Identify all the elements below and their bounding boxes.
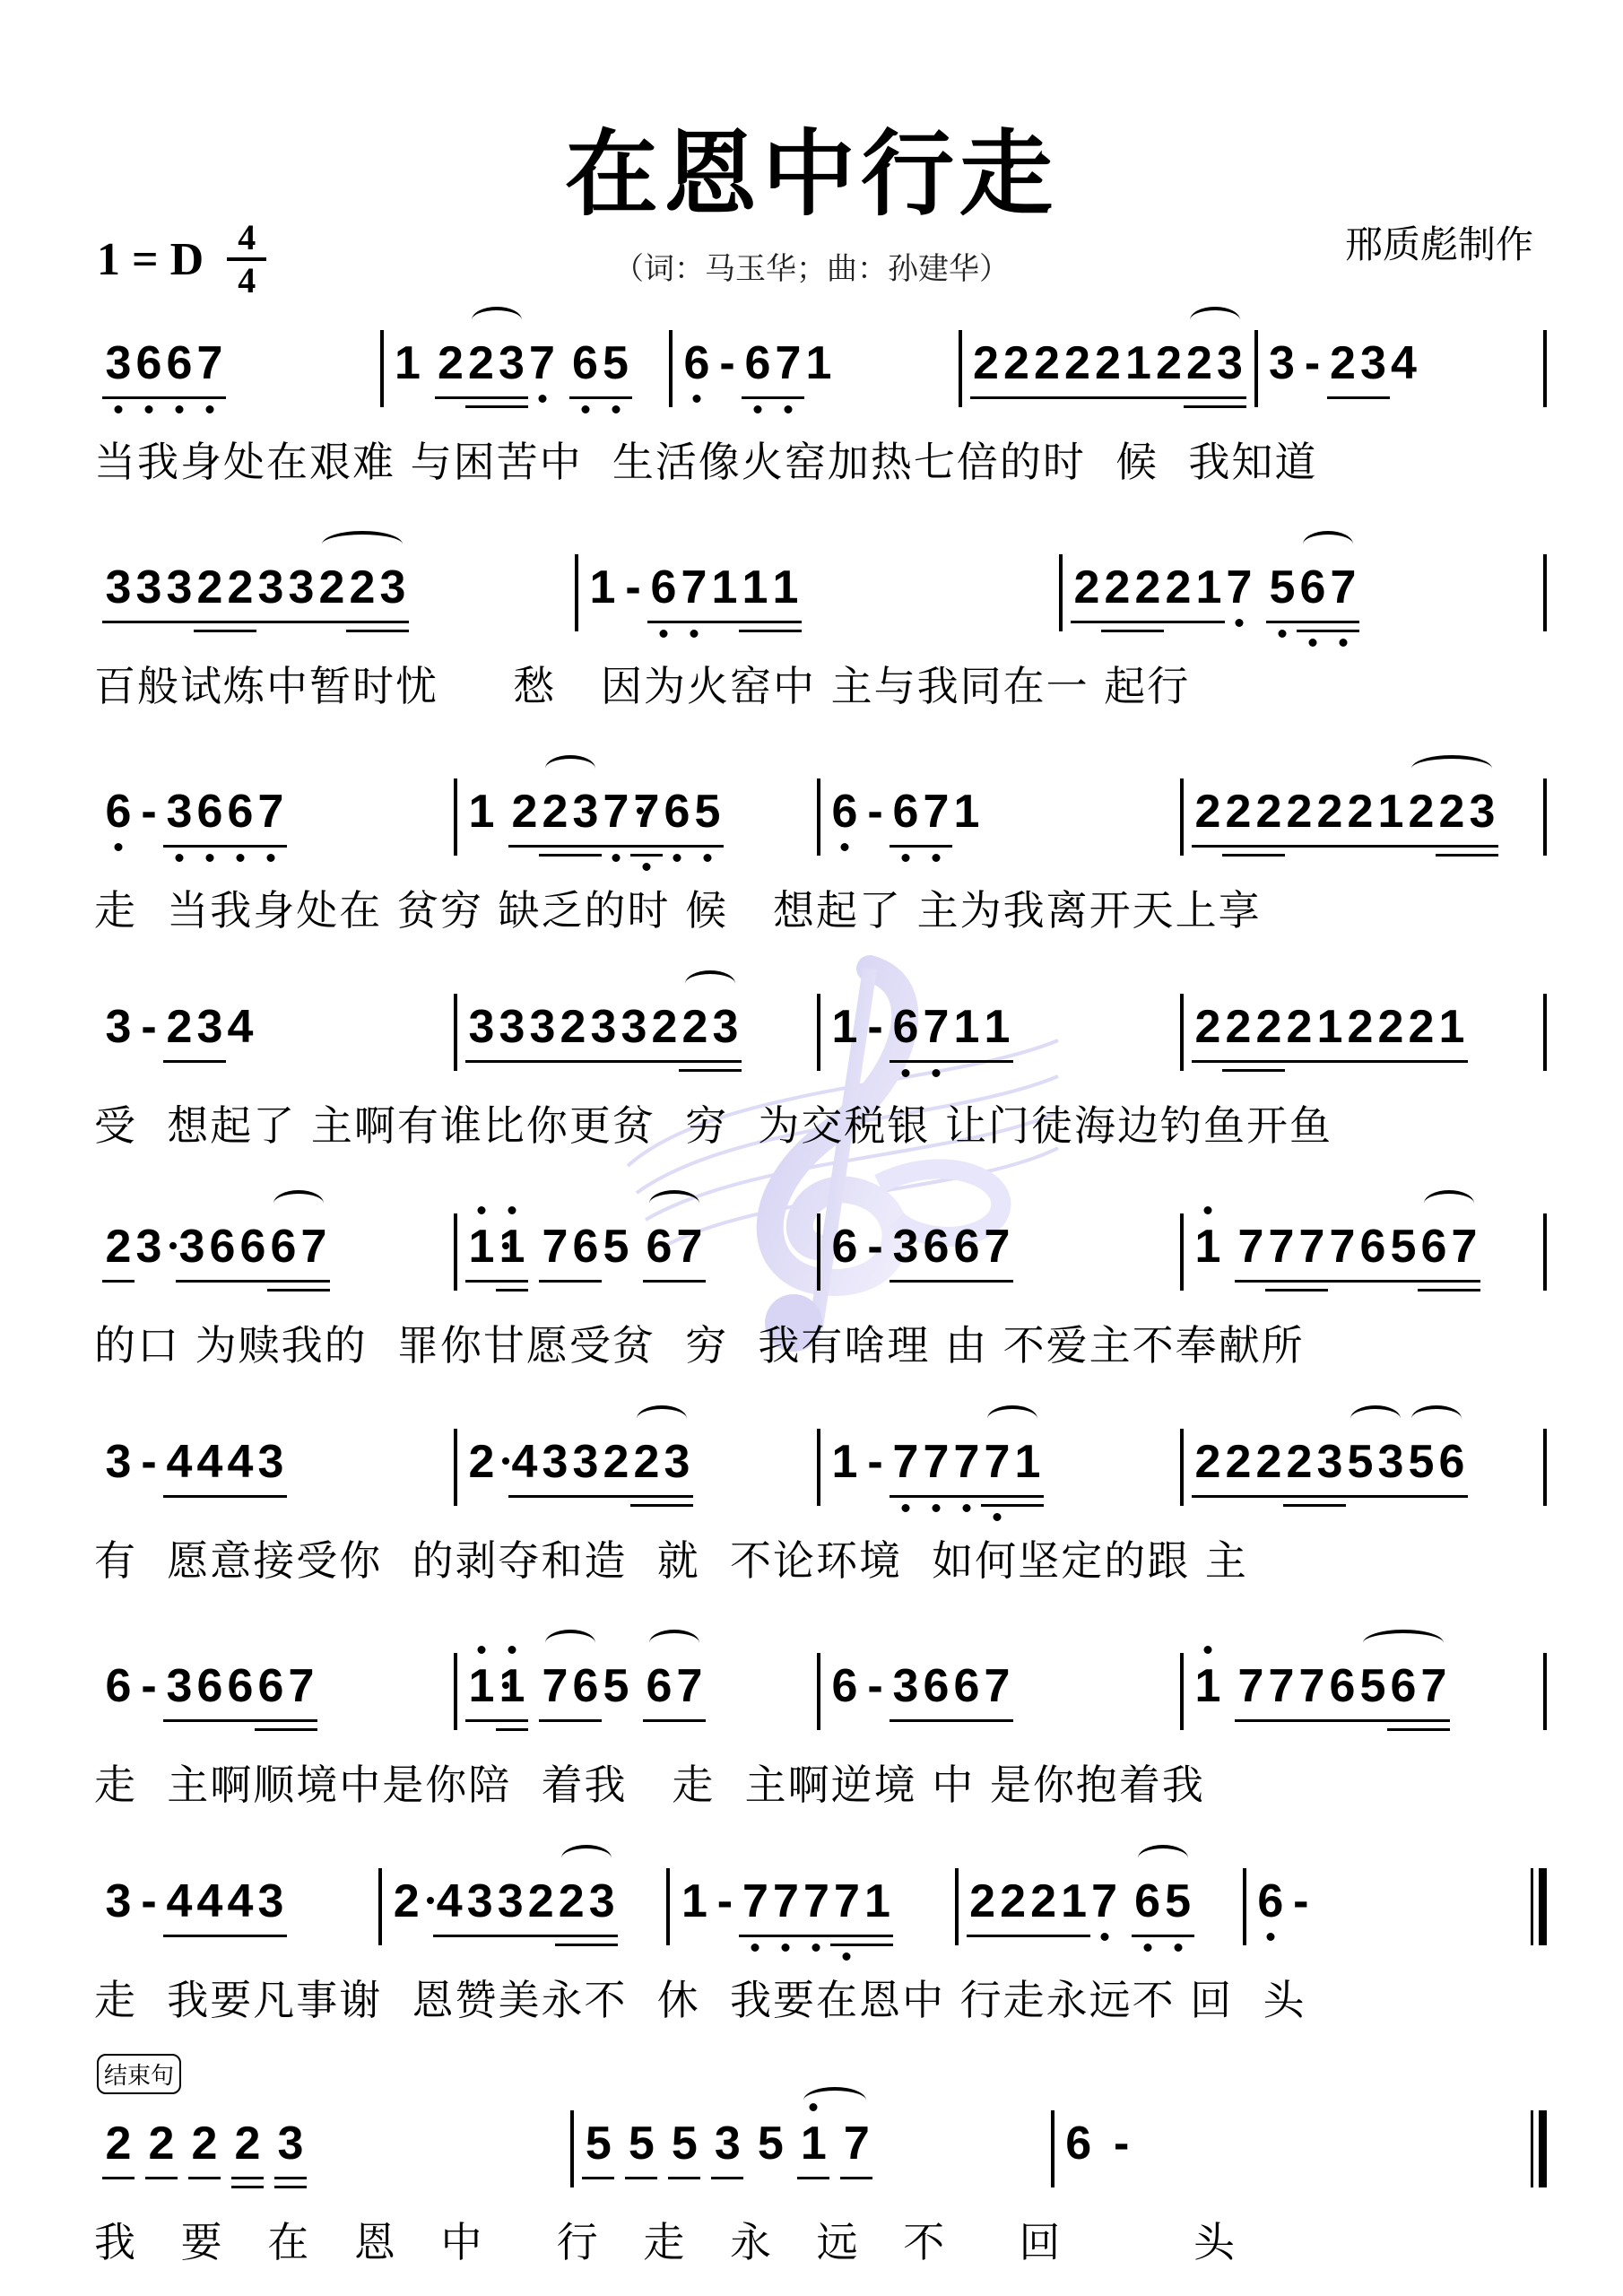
lyrics-line: 的口 为赎我的 罪你甘愿受贫 穷 我有啥理 由 不爱主不奉献所 <box>94 1314 1547 1377</box>
note: 7 <box>1297 1658 1327 1714</box>
note: 2 <box>1254 784 1284 839</box>
note: 2 <box>1193 1434 1223 1490</box>
note: 3 <box>1358 335 1389 391</box>
note: 1 <box>1193 1219 1223 1274</box>
note: 6 <box>648 560 679 615</box>
note: 7 <box>831 1874 862 1929</box>
measure: 6-671 <box>820 771 1180 870</box>
notes-line: 3-2343332332231-6711222212221 <box>94 987 1547 1085</box>
note: 2 <box>391 1874 421 1929</box>
note: 2 <box>509 784 540 839</box>
note: 3 <box>275 2116 306 2171</box>
note: 7 <box>770 1874 801 1929</box>
dash-extension: - <box>860 784 890 839</box>
notes-line: 33322332231-67111222217567 <box>94 547 1547 646</box>
note: 1 <box>497 1658 527 1714</box>
measure: 177776567 <box>1184 1206 1543 1305</box>
lyrics-line: 当我身处在艰难 与困苦中 生活像火窑加热七倍的时 候 我知道 <box>94 430 1547 493</box>
dash-extension: - <box>1286 1874 1316 1929</box>
note: 6 <box>951 1219 982 1274</box>
note: 6 <box>195 1658 225 1714</box>
note: 2 <box>466 1434 497 1490</box>
note: 6 <box>164 335 195 391</box>
note: 6 <box>225 784 256 839</box>
note: 6 <box>829 784 860 839</box>
slur-mark <box>322 531 403 558</box>
note: 3 <box>134 1219 164 1274</box>
dash-extension: - <box>618 560 648 615</box>
dash-extension: - <box>134 784 164 839</box>
slur-mark <box>987 1405 1037 1432</box>
note: 3 <box>464 1874 495 1929</box>
measure: 222217567 <box>1063 547 1543 646</box>
note: 1 <box>1059 1874 1089 1929</box>
note: 7 <box>679 560 709 615</box>
notes-line: 6-3666711765676-366717776567 <box>94 1646 1547 1744</box>
dash-extension: - <box>134 1434 164 1490</box>
note: 6 <box>1419 1219 1449 1274</box>
note: 1 <box>466 784 497 839</box>
measure: 5553517 <box>574 2103 1050 2202</box>
dash-extension: - <box>709 1874 740 1929</box>
lyrics-line: 百般试炼中暂时忧 愁 因为火窑中 主与我同在一 起行 <box>94 655 1547 717</box>
maker-credit: 邢质彪制作 <box>1345 215 1533 269</box>
note: 2 <box>1193 784 1223 839</box>
slur-mark <box>1411 1405 1462 1432</box>
note: 6 <box>1298 560 1328 615</box>
note: 2 <box>1154 335 1185 391</box>
note: 3 <box>662 1434 692 1490</box>
note: 3 <box>497 999 527 1055</box>
note: 4 <box>195 1874 225 1929</box>
note: 4 <box>225 1874 256 1929</box>
note: 2 <box>1406 784 1436 839</box>
note: 6 <box>890 999 921 1055</box>
score-row: 366712237656-6712222212233-234当我身处在艰难 与困… <box>94 323 1547 493</box>
note: 2 <box>1102 560 1133 615</box>
slur-mark <box>472 307 522 334</box>
slur-mark <box>545 755 595 782</box>
note: 5 <box>1267 560 1298 615</box>
note: 6 <box>225 1658 256 1714</box>
lyrics-line: 有 愿意接受你 的剥夺和造 就 不论环境 如何坚定的跟 主 <box>94 1529 1547 1592</box>
note: 2 <box>1028 1874 1059 1929</box>
barline <box>1543 1653 1547 1730</box>
measure: 6-671 <box>673 323 959 422</box>
score-row: 2222355535176-我 要 在 恩 中 行 走 永 远 不 回 头 <box>94 2103 1547 2274</box>
note: 5 <box>601 335 631 391</box>
note: 2 <box>189 2116 220 2171</box>
note: 4 <box>195 1434 225 1490</box>
note: 5 <box>1345 1434 1376 1490</box>
score-row: 6-3666711765676-366717776567走 主啊顺境中是你陪 着… <box>94 1646 1547 1816</box>
measure: 3-234 <box>94 987 454 1085</box>
note: 3 <box>1315 1434 1345 1490</box>
measure: 6-36667 <box>94 1646 454 1744</box>
measure: 6-3667 <box>820 1646 1180 1744</box>
note: 2 <box>1223 1434 1254 1490</box>
note: 7 <box>773 335 803 391</box>
dash-extension: - <box>1298 335 1328 391</box>
note: 6 <box>1388 1658 1419 1714</box>
note: 5 <box>1163 1874 1193 1929</box>
note: 1 <box>740 560 770 615</box>
note: 1 <box>770 560 801 615</box>
note: 2 <box>1315 784 1345 839</box>
note: 1 <box>862 1874 892 1929</box>
measure: 222212221 <box>1184 987 1543 1085</box>
note: 2 <box>466 335 497 391</box>
note: 2 <box>1193 999 1223 1055</box>
note: 7 <box>982 1434 1012 1490</box>
dash-extension: - <box>860 999 890 1055</box>
note: 7 <box>299 1219 329 1274</box>
measure: 1-6711 <box>820 987 1180 1085</box>
note: 2 <box>1284 784 1315 839</box>
note: 1 <box>798 2116 829 2171</box>
note: 6 <box>951 1658 982 1714</box>
note: 2 <box>1223 784 1254 839</box>
note: 7 <box>631 784 662 839</box>
note: 7 <box>1297 1219 1327 1274</box>
note: 7 <box>982 1219 1012 1274</box>
ending-phrase-tag: 结束句 <box>97 2054 181 2094</box>
dash-extension: - <box>860 1219 890 1274</box>
note: 3 <box>466 999 497 1055</box>
note: 6 <box>681 335 712 391</box>
note: 2 <box>232 2116 263 2171</box>
slur-mark <box>1138 1845 1188 1872</box>
note: 2 <box>195 560 225 615</box>
note: 4 <box>434 1874 464 1929</box>
barline <box>1543 778 1547 856</box>
note: 7 <box>1224 560 1254 615</box>
note: 7 <box>527 335 558 391</box>
note: 2 <box>1133 560 1163 615</box>
note: 4 <box>164 1434 195 1490</box>
note: 7 <box>801 1874 831 1929</box>
measure: 12237765 <box>457 771 817 870</box>
note: 2 <box>317 560 347 615</box>
barline <box>1543 330 1547 407</box>
note: 7 <box>540 1658 570 1714</box>
dash-extension: - <box>712 335 742 391</box>
note: 7 <box>195 335 225 391</box>
note: 6 <box>644 1219 674 1274</box>
dash-extension: - <box>860 1434 890 1490</box>
note: 5 <box>601 1219 631 1274</box>
note: 2 <box>540 784 570 839</box>
note: 2 <box>1163 560 1193 615</box>
note: 3 <box>256 1434 286 1490</box>
slur-mark <box>545 1630 595 1657</box>
note: 7 <box>674 1219 705 1274</box>
notes-line: 366712237656-6712222212233-234 <box>94 323 1547 422</box>
note: 3 <box>586 1874 617 1929</box>
note: 6 <box>644 1658 674 1714</box>
note: 1 <box>587 560 618 615</box>
note: 1 <box>709 560 740 615</box>
note: 6 <box>570 1219 601 1274</box>
note: 2 <box>968 1874 998 1929</box>
note: 5 <box>669 2116 699 2171</box>
note: 1 <box>1376 784 1406 839</box>
barline <box>1543 1429 1547 1506</box>
measure: 3332233223 <box>94 547 575 646</box>
note: 6 <box>1358 1219 1388 1274</box>
note: 6 <box>829 1658 860 1714</box>
note: 6 <box>134 335 164 391</box>
note: 1 <box>1193 560 1224 615</box>
dash-extension: - <box>134 1658 164 1714</box>
score-row: 6-3667122377656-6712222221223走 当我身处在 贫穷 … <box>94 771 1547 942</box>
note: 6 <box>570 335 601 391</box>
note: 1 <box>1315 999 1345 1055</box>
note: 2 <box>1032 335 1063 391</box>
note: 3 <box>103 560 134 615</box>
note: 6 <box>1327 1658 1358 1714</box>
measure: 6-3667 <box>820 1206 1180 1305</box>
note: 6 <box>268 1219 299 1274</box>
note: 2 <box>164 999 195 1055</box>
note: 1 <box>393 335 423 391</box>
note: 4 <box>1389 335 1419 391</box>
note: 3 <box>1376 1434 1406 1490</box>
note: 1 <box>1012 1434 1043 1490</box>
note: 2 <box>347 560 378 615</box>
note: 7 <box>841 2116 872 2171</box>
measure: 6- <box>1246 1861 1531 1960</box>
notes-line: 3-444324332231-77771222235356 <box>94 1422 1547 1520</box>
note: 2 <box>1254 999 1284 1055</box>
note: 7 <box>674 1658 705 1714</box>
note: 2 <box>146 2116 177 2171</box>
note: 2 <box>103 2116 134 2171</box>
slur-mark <box>637 1405 687 1432</box>
note: 2 <box>556 1874 586 1929</box>
measure: 2433223 <box>382 1861 666 1960</box>
slur-mark <box>649 1190 699 1217</box>
slur-mark <box>1190 307 1240 334</box>
note: 2 <box>1284 999 1315 1055</box>
note: 3 <box>570 1434 601 1490</box>
note: 3 <box>619 999 649 1055</box>
note: 7 <box>1449 1219 1480 1274</box>
final-barline <box>1531 1868 1547 1945</box>
measure: 6- <box>1055 2103 1531 2202</box>
note: 6 <box>1133 1874 1163 1929</box>
note: 5 <box>601 1658 631 1714</box>
note: 1 <box>803 335 834 391</box>
note: 2 <box>1436 784 1467 839</box>
notes-line: 2222355535176- <box>94 2103 1547 2202</box>
note: 2 <box>998 1874 1028 1929</box>
note: 6 <box>570 1658 601 1714</box>
note: 3 <box>134 560 164 615</box>
note: 3 <box>164 560 195 615</box>
slur-mark <box>803 2087 866 2114</box>
note: 5 <box>692 784 723 839</box>
slur-mark <box>1411 755 1492 782</box>
score-row: 3-2343332332231-6711222212221受 想起了 主啊有谁比… <box>94 987 1547 1157</box>
note: 7 <box>921 784 951 839</box>
note: 6 <box>256 1658 286 1714</box>
note: 3 <box>177 1219 207 1274</box>
note: 2 <box>436 335 466 391</box>
note: 1 <box>466 1658 497 1714</box>
note: 3 <box>495 1874 525 1929</box>
measure: 1-67111 <box>578 547 1059 646</box>
note: 4 <box>225 999 256 1055</box>
note: 3 <box>570 784 601 839</box>
note: 3 <box>710 999 741 1055</box>
note: 3 <box>164 1658 195 1714</box>
measure: 1223765 <box>384 323 670 422</box>
note: 7 <box>286 1658 317 1714</box>
note: 7 <box>1328 560 1358 615</box>
note: 3 <box>195 999 225 1055</box>
slur-mark <box>561 1845 612 1872</box>
note: 5 <box>626 2116 656 2171</box>
lyrics-line: 走 我要凡事谢 恩赞美永不 休 我要在恩中 行走永远不 回 头 <box>94 1969 1547 2031</box>
measure: 1176567 <box>457 1206 817 1305</box>
note: 6 <box>103 784 134 839</box>
measure: 22223 <box>94 2103 570 2202</box>
note: 3 <box>890 1658 921 1714</box>
note: 2 <box>680 999 710 1055</box>
slur-mark <box>685 970 735 997</box>
note: 3 <box>712 2116 742 2171</box>
note: 7 <box>1266 1658 1297 1714</box>
note: 2 <box>1345 999 1376 1055</box>
note: 2 <box>1406 999 1436 1055</box>
note: 2 <box>649 999 680 1055</box>
measure: 6-3667 <box>94 771 454 870</box>
slur-mark <box>1363 1630 1444 1657</box>
note: 1 <box>1193 1658 1223 1714</box>
note: 3 <box>103 999 134 1055</box>
note: 7 <box>1236 1219 1266 1274</box>
lyrics-line: 我 要 在 恩 中 行 走 永 远 不 回 头 <box>94 2211 1547 2274</box>
note: 1 <box>679 1874 709 1929</box>
note: 6 <box>195 784 225 839</box>
measure: 3-234 <box>1258 323 1544 422</box>
note: 7 <box>1327 1219 1358 1274</box>
note: 6 <box>207 1219 238 1274</box>
slur-mark <box>649 1630 699 1657</box>
score-row: 233666711765676-3667177776567的口 为赎我的 罪你甘… <box>94 1206 1547 1377</box>
note: 2 <box>103 1219 134 1274</box>
note: 2 <box>1185 335 1215 391</box>
note: 2 <box>1328 335 1358 391</box>
note: 1 <box>1436 999 1467 1055</box>
notes-line: 6-3667122377656-6712222221223 <box>94 771 1547 870</box>
score-row: 3-444324332231-77771222235356有 愿意接受你 的剥夺… <box>94 1422 1547 1592</box>
note: 3 <box>1215 335 1245 391</box>
note: 6 <box>921 1219 951 1274</box>
note: 2 <box>1063 335 1093 391</box>
barline <box>1543 994 1547 1071</box>
note: 3 <box>890 1219 921 1274</box>
note: 3 <box>588 999 619 1055</box>
note: 2 <box>631 1434 662 1490</box>
dash-extension: - <box>860 1658 890 1714</box>
note: 1 <box>982 999 1012 1055</box>
note: 4 <box>509 1434 540 1490</box>
note: 1 <box>951 999 982 1055</box>
note: 1 <box>466 1219 497 1274</box>
measure: 3-4443 <box>94 1861 378 1960</box>
note: 2 <box>525 1874 556 1929</box>
note: 2 <box>1254 1434 1284 1490</box>
notes-line: 3-444324332231-7777122217656- <box>94 1861 1547 1960</box>
slur-mark <box>1303 531 1353 558</box>
lyrics-line: 走 主啊顺境中是你陪 着我 走 主啊逆境 中 是你抱着我 <box>94 1753 1547 1816</box>
note: 6 <box>1255 1874 1286 1929</box>
measure: 222235356 <box>1184 1422 1543 1520</box>
slur-mark <box>1350 1405 1401 1432</box>
note: 7 <box>1089 1874 1120 1929</box>
score-row: 3-444324332231-7777122217656-走 我要凡事谢 恩赞美… <box>94 1861 1547 2031</box>
note: 7 <box>540 1219 570 1274</box>
measure: 1176567 <box>457 1646 817 1744</box>
measure: 17776567 <box>1184 1646 1543 1744</box>
note: 2 <box>1223 999 1254 1055</box>
measure: 2221765 <box>959 1861 1243 1960</box>
note: 7 <box>921 1434 951 1490</box>
note: 6 <box>1436 1434 1467 1490</box>
note: 5 <box>583 2116 613 2171</box>
note: 1 <box>829 1434 860 1490</box>
note: 3 <box>164 784 195 839</box>
measure: 333233223 <box>457 987 817 1085</box>
note: 3 <box>378 560 408 615</box>
note: 6 <box>742 335 773 391</box>
barline <box>1543 554 1547 631</box>
note: 2 <box>1345 784 1376 839</box>
note: 7 <box>740 1874 770 1929</box>
note: 2 <box>558 999 588 1055</box>
note: 6 <box>103 1658 134 1714</box>
note: 5 <box>755 2116 785 2171</box>
page-title: 在恩中行走 <box>0 99 1623 233</box>
note: 2 <box>1093 335 1124 391</box>
note: 3 <box>103 1874 134 1929</box>
dash-extension: - <box>134 1874 164 1929</box>
note: 2 <box>601 1434 631 1490</box>
note: 1 <box>497 1219 527 1274</box>
barline <box>1543 1213 1547 1291</box>
note: 3 <box>103 335 134 391</box>
note: 7 <box>951 1434 982 1490</box>
measure: 2433223 <box>457 1422 817 1520</box>
note: 6 <box>890 784 921 839</box>
note: 3 <box>286 560 317 615</box>
note: 5 <box>1358 1658 1388 1714</box>
notes-line: 233666711765676-3667177776567 <box>94 1206 1547 1305</box>
note: 1 <box>951 784 982 839</box>
note: 3 <box>527 999 558 1055</box>
note: 4 <box>225 1434 256 1490</box>
final-barline <box>1531 2110 1547 2187</box>
note: 7 <box>921 999 951 1055</box>
measure: 222221223 <box>962 323 1254 422</box>
note: 7 <box>1266 1219 1297 1274</box>
dash-extension: - <box>1107 2116 1137 2171</box>
measure: 2222221223 <box>1184 771 1543 870</box>
note: 3 <box>497 335 527 391</box>
note: 1 <box>1124 335 1154 391</box>
